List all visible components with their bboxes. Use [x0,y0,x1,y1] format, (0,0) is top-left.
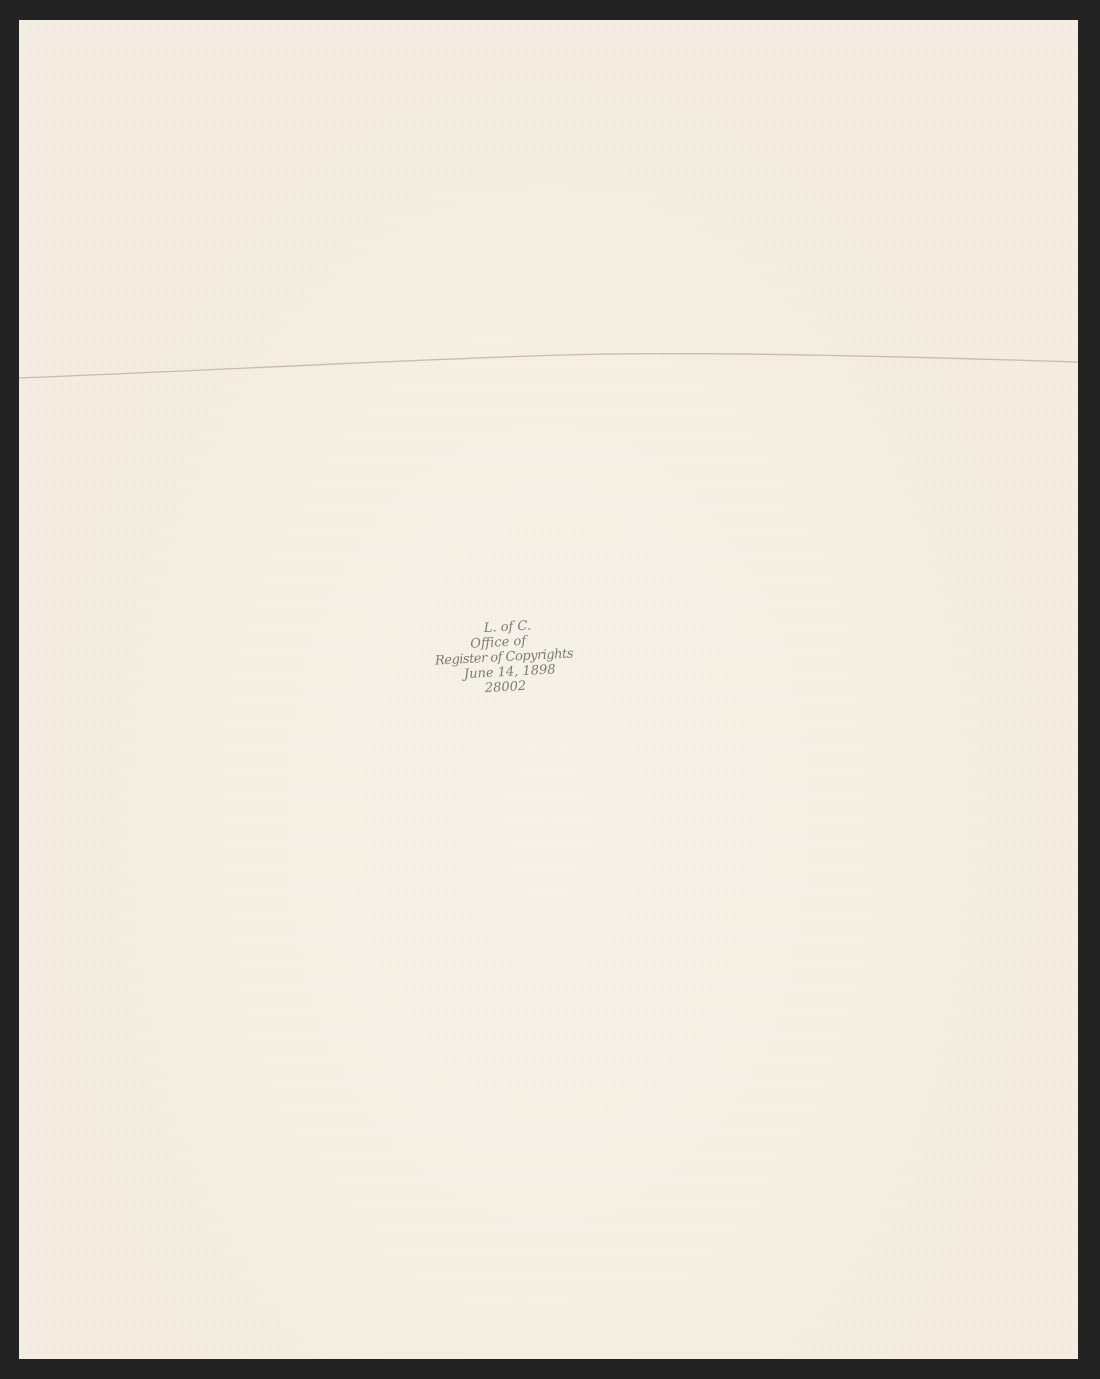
fold-line [19,345,1078,385]
faint-bleed-through-text [924,60,928,82]
paper-sheet: L. of C. Office of Register of Copyright… [19,20,1078,1359]
copyright-inscription: L. of C. Office of Register of Copyright… [402,615,606,700]
